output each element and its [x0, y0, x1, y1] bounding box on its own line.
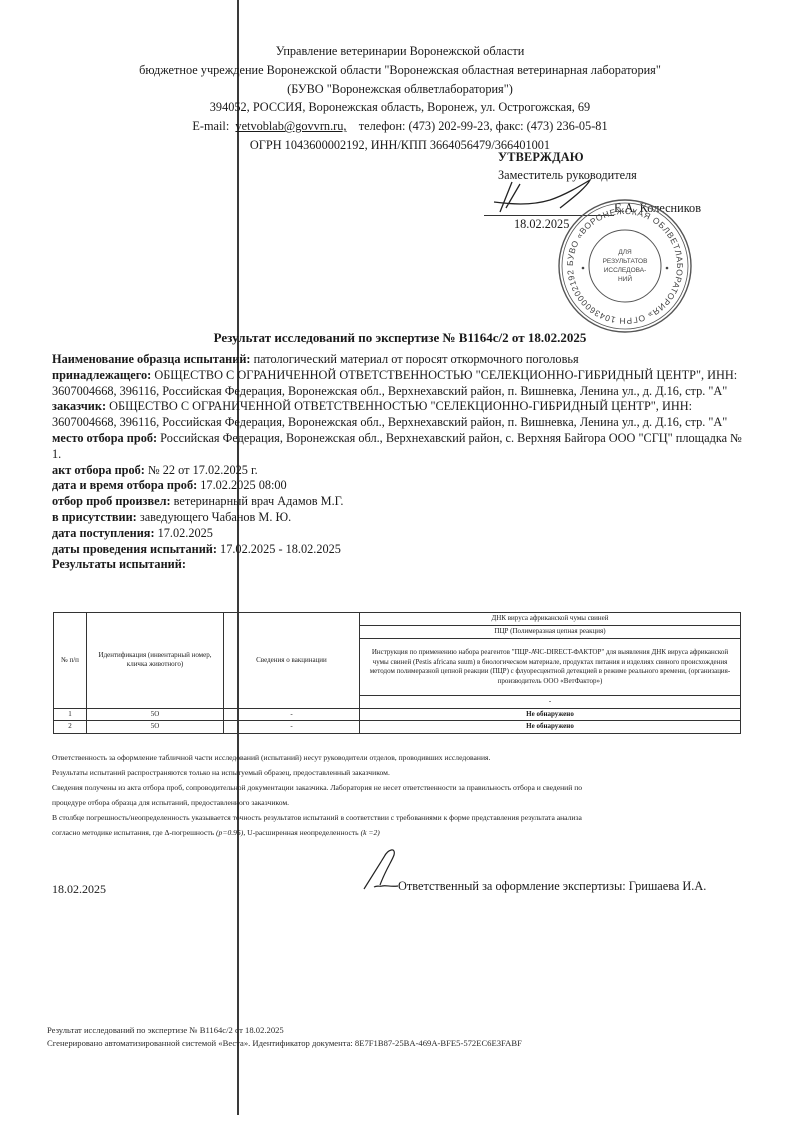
document-title: Результат исследований по экспертизе № В…: [0, 330, 800, 346]
table-row: 2 5О - Не обнаружено: [54, 721, 741, 734]
header-institution: бюджетное учреждение Воронежской области…: [0, 61, 800, 80]
cell-identification: 5О: [87, 708, 224, 721]
cell-vaccination: -: [224, 708, 360, 721]
table-row: 1 5О - Не обнаружено: [54, 708, 741, 721]
stamp-center-3: ИССЛЕДОВА-: [604, 267, 647, 274]
cell-result: Не обнаружено: [360, 721, 741, 734]
info-results-label: Результаты испытаний:: [52, 557, 752, 573]
approval-title: УТВЕРЖДАЮ: [498, 148, 637, 166]
note-uncertainty-1: В столбце погрешность/неопределенность у…: [52, 810, 762, 825]
header-short-name: (БУВО "Воронежская облветлаборатория"): [0, 80, 800, 99]
header-vaccination: Сведения о вакцинации: [224, 613, 360, 709]
header-address: 394052, РОССИЯ, Воронежская область, Вор…: [0, 98, 800, 117]
cell-number: 1: [54, 708, 87, 721]
info-customer: заказчик: ОБЩЕСТВО С ОГРАНИЧЕННОЙ ОТВЕТС…: [52, 399, 752, 431]
email-link[interactable]: vetvoblab@govvrn.ru,: [235, 119, 346, 133]
stamp-center-1: ДЛЯ: [618, 249, 632, 256]
header-norm: -: [360, 696, 741, 709]
header-authority: Управление ветеринарии Воронежской облас…: [0, 42, 800, 61]
footer-reference: Результат исследований по экспертизе № В…: [47, 1024, 522, 1037]
note-source-1: Сведения получены из акта отбора проб, с…: [52, 780, 762, 795]
header-contacts: E-mail: vetvoblab@govvrn.ru, телефон: (4…: [0, 117, 800, 136]
cell-number: 2: [54, 721, 87, 734]
signoff-date: 18.02.2025: [52, 882, 106, 897]
info-act: акт отбора проб: № 22 от 17.02.2025 г.: [52, 463, 752, 479]
letterhead: Управление ветеринарии Воронежской облас…: [0, 42, 800, 155]
note-scope: Результаты испытаний распространяются то…: [52, 765, 762, 780]
header-method: ПЦР (Полимеразная цепная реакция): [360, 626, 741, 639]
info-owner: принадлежащего: ОБЩЕСТВО С ОГРАНИЧЕННОЙ …: [52, 368, 752, 400]
note-source-2: процедуре отбора образца для испытаний, …: [52, 795, 762, 810]
header-registration: ОГРН 1043600002192, ИНН/КПП 3664056479/3…: [0, 136, 800, 155]
info-sample: Наименование образца испытаний: патологи…: [52, 352, 752, 368]
header-instruction: Инструкция по применению набора реагенто…: [360, 639, 741, 696]
info-place: место отбора проб: Российская Федерация,…: [52, 431, 752, 463]
footer-generated: Сгенерировано автоматизированной системо…: [47, 1037, 522, 1050]
info-datetime: дата и время отбора проб: 17.02.2025 08:…: [52, 478, 752, 494]
info-received: дата поступления: 17.02.2025: [52, 526, 752, 542]
stamp-center-4: НИЙ: [618, 274, 632, 283]
cell-vaccination: -: [224, 721, 360, 734]
responsible-person: Ответственный за оформление экспертизы: …: [398, 879, 706, 894]
note-responsibility: Ответственность за оформление табличной …: [52, 750, 762, 765]
phones: телефон: (473) 202-99-23, факс: (473) 23…: [359, 119, 608, 133]
table-header-row: № п/п Идентификация (инвентарный номер, …: [54, 613, 741, 626]
email-label: E-mail:: [192, 119, 229, 133]
header-indicator: ДНК вируса африканской чумы свиней: [360, 613, 741, 626]
info-test-dates: даты проведения испытаний: 17.02.2025 - …: [52, 542, 752, 558]
notes: Ответственность за оформление табличной …: [52, 750, 762, 840]
stamp-center-2: РЕЗУЛЬТАТОВ: [603, 258, 648, 265]
note-uncertainty-2: согласно методике испытания, где Δ-погре…: [52, 825, 762, 840]
cell-identification: 5О: [87, 721, 224, 734]
official-stamp-icon: БУВО «ВОРОНЕЖСКАЯ ОБЛВЕТЛАБОРАТОРИЯ» ОГР…: [555, 196, 695, 336]
results-table: № п/п Идентификация (инвентарный номер, …: [53, 612, 741, 734]
info-presence: в присутствии: заведующего Чабанов М. Ю.: [52, 510, 752, 526]
page-footer: Результат исследований по экспертизе № В…: [47, 1024, 522, 1050]
sample-info: Наименование образца испытаний: патологи…: [52, 352, 752, 573]
header-number: № п/п: [54, 613, 87, 709]
header-identification: Идентификация (инвентарный номер, кличка…: [87, 613, 224, 709]
info-sampler: отбор проб произвел: ветеринарный врач А…: [52, 494, 752, 510]
cell-result: Не обнаружено: [360, 708, 741, 721]
